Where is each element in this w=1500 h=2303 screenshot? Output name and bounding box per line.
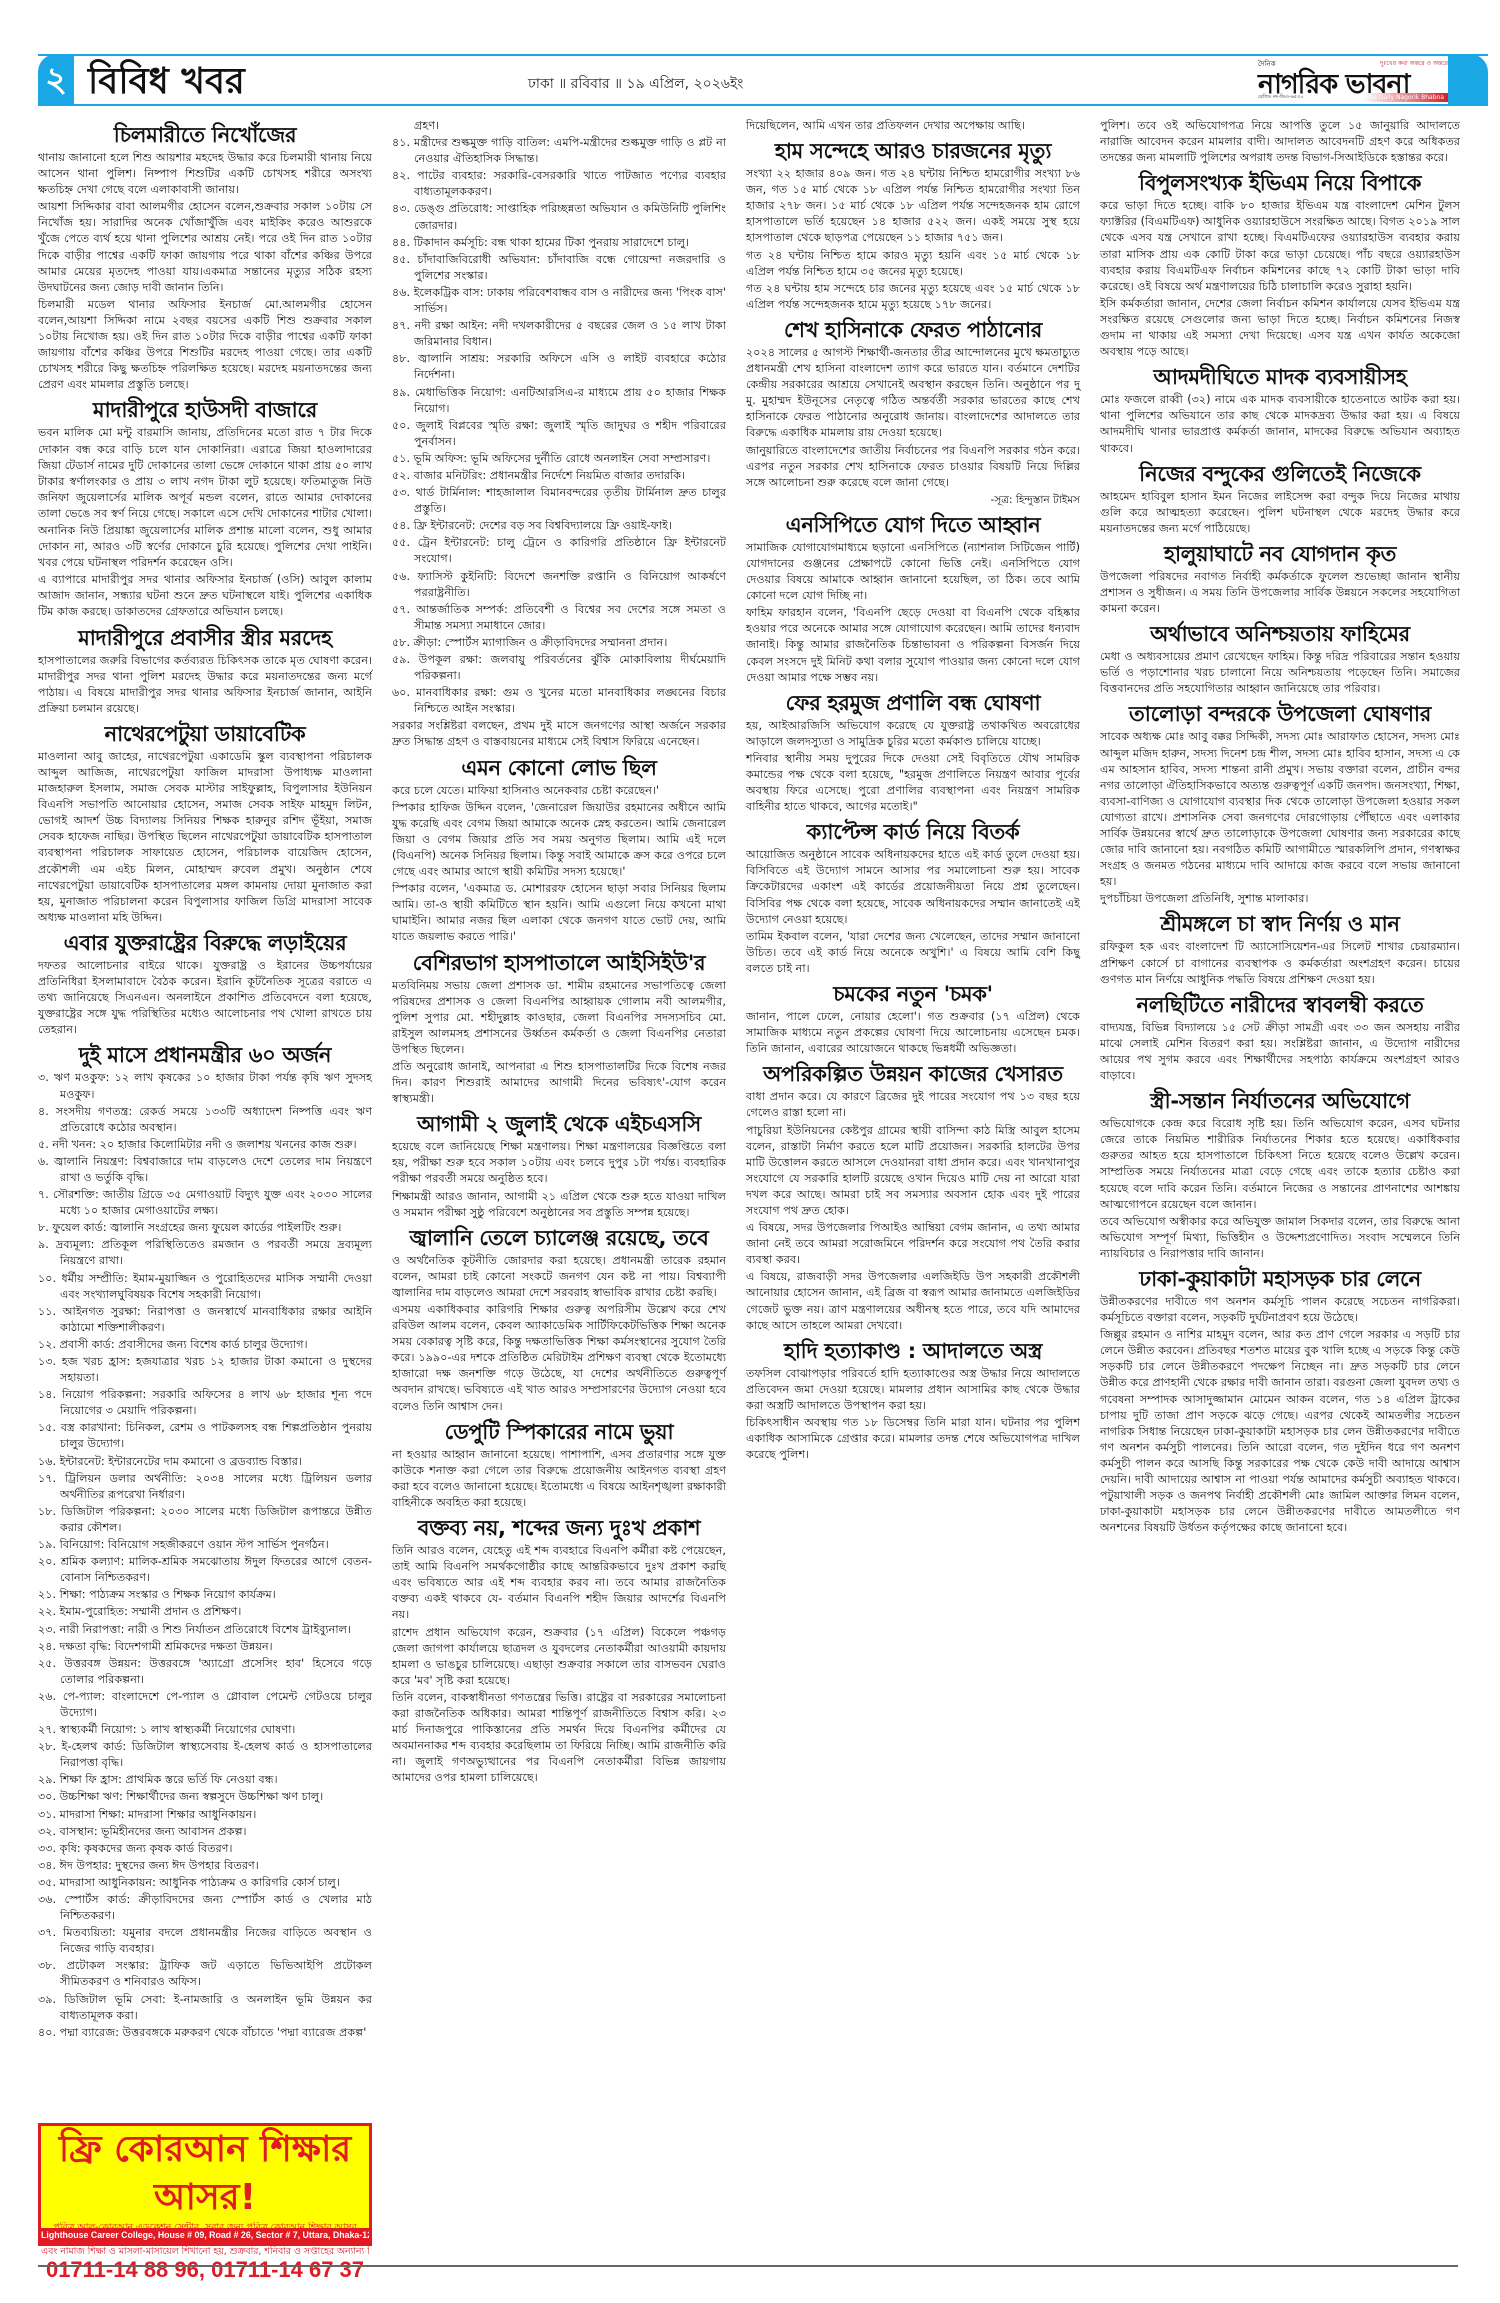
article-paragraph: চিলমারী মডেল থানার অফিসার ইনচার্জ মো.আলম… (38, 297, 372, 394)
headline: মাদারীপুরে প্রবাসীর স্ত্রীর মরদেহ (38, 624, 372, 652)
article-paragraph: প্রতি অনুরোধ জানাই, আপনারা এ শিশু হাসপাত… (392, 1059, 726, 1107)
headline: চিলমারীতে নিখোঁজের (38, 121, 372, 149)
page-number: ২ (38, 54, 74, 106)
headline: ক্যাপ্টেন্স কার্ড নিয়ে বিতর্ক (746, 818, 1080, 846)
article-paragraph: এসময় একাধিকবার কারিগরি শিক্ষার গুরুত্ব … (392, 1302, 726, 1415)
article-paragraph: সংখ্যা ২২ হাজার ৪০৯ জন। গত ২৪ ঘন্টায় নি… (746, 166, 1080, 246)
list-item: ৩১. মাদরাসা শিক্ষা: মাদরাসা শিক্ষার আধুন… (38, 1807, 372, 1823)
article-paragraph: জানুয়ারিতে বাংলাদেশের জাতীয় নির্বাচনের… (746, 443, 1080, 491)
list-item: ৭. সৌরশক্তি: জাতীয় গ্রিডে ৩৫ মেগাওয়াট … (38, 1187, 372, 1219)
headline: বিপুলসংখ্যক ইভিএম নিয়ে বিপাকে (1100, 169, 1460, 197)
headline: এমন কোনো লোভ ছিল (392, 754, 726, 782)
masthead: ২ বিবিধ খবর ঢাকা ॥ রবিবার ॥ ১৯ এপ্রিল, ২… (38, 54, 1488, 106)
article-paragraph: উপজেলা পরিষদের নবাগত নির্বাহী কর্মকর্তাক… (1100, 569, 1460, 617)
list-item: ৮. ফুয়েল কার্ড: জ্বালানি সংগ্রহের জন্য … (38, 1220, 372, 1236)
article-paragraph: আয়োজিত অনুষ্ঠানে সাবেক অধিনায়কদের হাতে… (746, 847, 1080, 927)
article-paragraph: পুলিশ। তবে ওই অভিযোগপত্র নিয়ে আপত্তি তু… (1100, 118, 1460, 166)
article-paragraph: মাওলানা আবু জাহের, নাথেরপেটুয়া একাডেমি … (38, 749, 372, 926)
headline: হাদি হত্যাকাণ্ড : আদালতে অস্ত্র (746, 1337, 1080, 1365)
list-item: ৩৭. মিতব্যয়িতা: যমুনার বদলে প্রধানমন্ত্… (38, 1925, 372, 1957)
advertisement-quran-education: ফ্রি কোরআন শিক্ষার আসর! পবিত্র আল-কোরআন … (38, 2123, 372, 2246)
list-item: ১৫. বস্ত্র কারখানা: চিনিকল, রেশম ও পাটকল… (38, 1420, 372, 1452)
list-item: ৫২. বাজার মনিটরিং: প্রধানমন্ত্রীর নির্দে… (392, 468, 726, 484)
article-paragraph: আহমেদ হাবিবুল হাসান ইমন নিজের লাইসেন্স ক… (1100, 489, 1460, 537)
logo-english: The Daily Nagorik Bhabna (1362, 93, 1448, 102)
list-item: ৬০. মানবাধিকার রক্ষা: গুম ও খুনের মতো মা… (392, 685, 726, 717)
list-item: ১৯. বিনিয়োগ: বিনিয়োগ সহজীকরণে ওয়ান স্… (38, 1537, 372, 1553)
article-paragraph: সামাজিক যোগাযোগমাধ্যমে ছড়ানো এনসিপিতে (… (746, 540, 1080, 604)
headline: শেখ হাসিনাকে ফেরত পাঠানোর (746, 316, 1080, 344)
article-paragraph: পাচুরিয়া ইউনিয়নের কেষ্টপুর গ্রামের স্থ… (746, 1123, 1080, 1220)
list-item: ১২. প্রবাসী কার্ড: প্রবাসীদের জন্য বিশেষ… (38, 1337, 372, 1353)
headline: অর্থাভাবে অনিশ্চয়তায় ফাহিমের (1100, 620, 1460, 648)
list-item: ৪. সংসদীয় গণতন্ত্র: রেকর্ড সময়ে ১৩৩টি … (38, 1104, 372, 1136)
article-paragraph: করে চলে যেতে। মাফিয়া হাসিনাও অনেকবার চে… (392, 783, 726, 799)
list-item: ৫৪. ফ্রি ইন্টারনেট: দেশের বড় সব বিশ্ববি… (392, 518, 726, 534)
article-paragraph: বাদ্যযন্ত্র, বিভিন্ন বিদ্যালয়ে ১৫ সেট ক… (1100, 1020, 1460, 1084)
column-4: পুলিশ। তবে ওই অভিযোগপত্র নিয়ে আপত্তি তু… (1100, 118, 1460, 1537)
list-item: ৩৮. প্রটোকল সংস্কার: ট্রাফিক জট এড়াতে ভ… (38, 1958, 372, 1990)
list-item: ১৪. নিয়োগ পরিকল্পনা: সরকারি অফিসের ৪ লা… (38, 1387, 372, 1419)
list-item: ৩৪. ঈদ উপহার: দুস্থদের জন্য ঈদ উপহার বিত… (38, 1858, 372, 1874)
article-paragraph: এ বিষয়ে, রাজবাড়ী সদর উপজেলার এলজিইডি উ… (746, 1269, 1080, 1333)
headline: ফের হরমুজ প্রণালি বন্ধ ঘোষণা (746, 689, 1080, 717)
headline: জ্বালানি তেলে চ্যালেঞ্জ রয়েছে, তবে (392, 1224, 726, 1252)
masthead-tab-decoration (1448, 54, 1488, 106)
bottom-divider (38, 2265, 1458, 2267)
list-item: ৪২. পাটের ব্যবহার: সরকারি-বেসরকারি খাতে … (392, 168, 726, 200)
list-item: ৩৫. মাদরাসা আধুনিকায়ন: আধুনিক পাঠ্যক্রম… (38, 1875, 372, 1891)
article-paragraph: তফসিল বোঝাপড়ার পরিবর্তে হাদি হত্যাকাণ্ড… (746, 1366, 1080, 1414)
ad-title: ফ্রি কোরআন শিক্ষার আসর! (41, 2126, 369, 2222)
article-paragraph: দফতর আলোচনার বাইরে থাকে। যুক্তরাষ্ট্র ও … (38, 958, 372, 1038)
article-paragraph: হয়েছে বলে জানিয়েছে শিক্ষা মন্ত্রণালয়।… (392, 1139, 726, 1187)
source-credit: -সূত্র: হিন্দুস্তান টাইমস (746, 492, 1080, 508)
headline: স্ত্রী-সন্তান নির্যাতনের অভিযোগে (1100, 1087, 1460, 1115)
headline: এবার যুক্তরাষ্ট্রের বিরুদ্ধে লড়াইয়ের (38, 929, 372, 957)
list-item: ৩. ঋণ মওকুফ: ১২ লাখ কৃষকের ১০ হাজার টাকা… (38, 1070, 372, 1102)
headline: বক্তব্য নয়, শব্দের জন্য দুঃখ প্রকাশ (392, 1514, 726, 1542)
list-item: ৩২. বাসস্থান: ভূমিহীনদের জন্য আবাসন প্রক… (38, 1824, 372, 1840)
headline: হাম সন্দেহে আরও চারজনের মৃত্যু (746, 137, 1080, 165)
article-paragraph: করে ভাড়া দিতে হচ্ছে। বাকি ৮০ হাজার ইভিএ… (1100, 198, 1460, 295)
article-paragraph: দিয়েছিলেন, আমি এখন তার প্রতিফলন দেখার অ… (746, 118, 1080, 134)
list-item: ১৮. ডিজিটাল পরিকল্পনা: ২০৩০ সালের মধ্যে … (38, 1504, 372, 1536)
list-item: ৯. দ্রব্যমূল্য: প্রতিকূল পরিস্থিতিতেও রম… (38, 1237, 372, 1269)
article-paragraph: মোঃ ফজলে রাব্বী (৩২) নামে এক মাদক ব্যবসা… (1100, 392, 1460, 456)
article-paragraph: জানান, পালে ঢেলে, নোয়ার হেলো'। গত শুক্র… (746, 1009, 1080, 1057)
column-1: চিলমারীতে নিখোঁজের থানায় জানানো হলে শিশ… (38, 118, 372, 2042)
list-item: ২৪. দক্ষতা বৃদ্ধি: বিদেশগামী শ্রমিকদের দ… (38, 1639, 372, 1655)
headline: নিজের বন্দুকের গুলিতেই নিজেকে (1100, 460, 1460, 488)
article-paragraph: রাশেদ প্রধান অভিযোগ করেন, শুক্রবার (১৭ এ… (392, 1625, 726, 1689)
logo-registration: রেজিঃ নং-ডিএ-৬৫৩০ (1258, 94, 1304, 102)
list-item: ৪০. পদ্মা ব্যারেজ: উত্তরবঙ্গকে মরুকরণ থে… (38, 2025, 372, 2041)
headline: এনসিপিতে যোগ দিতে আহ্বান (746, 511, 1080, 539)
article-paragraph: শনিবার স্থানীয় সময় দুপুরের দিকে দেওয়া… (746, 751, 1080, 815)
article-paragraph: আয়শা সিদ্দিকার বাবা আলমগীর হোসেন বলেন,শ… (38, 199, 372, 296)
logo-name: নাগরিক ভাবনা (1258, 64, 1409, 109)
article-paragraph: শিক্ষামন্ত্রী আরও জানান, আগামী ২১ এপ্রিল… (392, 1189, 726, 1221)
column-3: দিয়েছিলেন, আমি এখন তার প্রতিফলন দেখার অ… (746, 118, 1080, 1464)
headline: নাথেরপেটুয়া ডায়াবেটিক (38, 720, 372, 748)
list-item: ২৯. শিক্ষা ফি হ্রাস: প্রাথমিক স্তরে ভর্ত… (38, 1772, 372, 1788)
list-item: ২০. শ্রমিক কল্যাণ: মালিক-শ্রমিক সমঝোতায়… (38, 1554, 372, 1586)
achievements-list-continued: ৪১. মন্ত্রীদের শুল্কমুক্ত গাড়ি বাতিল: এ… (392, 135, 726, 717)
article-paragraph: গত ২৪ ঘন্টায় নিশ্চিত হামে কারও মৃত্যু হ… (746, 248, 1080, 280)
headline: আদমদীঘিতে মাদক ব্যবসায়ীসহ (1100, 363, 1460, 391)
article-paragraph: জিল্লুর রহমান ও নাশির মাহমুদ বলেন, আর কত… (1100, 1327, 1460, 1536)
article-paragraph: উন্নীতকরণের দাবীতে গণ অনশন কর্মসূচি পালন… (1100, 1294, 1460, 1326)
article-paragraph: হয়, আইআরজিসি অভিযোগ করেছে যে যুক্তরাষ্ট… (746, 718, 1080, 750)
dateline: ঢাকা ॥ রবিবার ॥ ১৯ এপ্রিল, ২০২৬ইং (528, 72, 743, 96)
list-item: ২৮. ই-হেলথ কার্ড: ডিজিটাল স্বাস্থ্যসেবায… (38, 1739, 372, 1771)
list-item: ৪৩. ডেঙ্গু প্রতিরোধ: সাপ্তাহিক পরিচ্ছন্ন… (392, 201, 726, 233)
list-item: ৫১. ভূমি অফিস: ভূমি অফিসের দুর্নীতি রোধে… (392, 451, 726, 467)
list-item: ১৬. ইন্টারনেট: ইন্টারনেটের দাম কমানো ও ব… (38, 1454, 372, 1470)
article-paragraph: ২০২৪ সালের ৫ আগস্ট শিক্ষার্থী-জনতার তীব্… (746, 345, 1080, 442)
headline: বেশিরভাগ হাসপাতালে আইসিইউ'র (392, 949, 726, 977)
list-item: ৫০. জুলাই বিপ্লবের স্মৃতি রক্ষা: জুলাই স… (392, 418, 726, 450)
list-item: ৫৩. থার্ড টার্মিনাল: শাহজালাল বিমানবন্দর… (392, 485, 726, 517)
article-paragraph: স্পিকার হাফিজ উদ্দিন বলেন, 'জেনারেল জিয়… (392, 800, 726, 880)
list-item: ১০. ধর্মীয় সম্প্রীতি: ইমাম-মুয়াজ্জিন ও… (38, 1271, 372, 1303)
list-item: ৪১. মন্ত্রীদের শুল্কমুক্ত গাড়ি বাতিল: এ… (392, 135, 726, 167)
list-item: ৬. জ্বালানি নিয়ন্ত্রণ: বিশ্ববাজারে দাম … (38, 1154, 372, 1186)
headline: দুই মাসে প্রধানমন্ত্রীর ৬০ অর্জন (38, 1041, 372, 1069)
headline: চমকের নতুন 'চমক' (746, 980, 1080, 1008)
list-item: ৫৯. উপকূল রক্ষা: জলবায়ু পরিবর্তনের ঝুঁক… (392, 652, 726, 684)
column-2: গ্রহণ। ৪১. মন্ত্রীদের শুল্কমুক্ত গাড়ি ব… (392, 118, 726, 1787)
article-paragraph: সাবেক অধ্যক্ষ মোঃ আবু বক্কর সিদ্দিকী, সদ… (1100, 729, 1460, 890)
article-paragraph: তামিম ইকবাল বলেন, 'যারা দেশের জন্য খেলেছ… (746, 929, 1080, 977)
article-paragraph: স্পিকার বলেন, 'একমাত্র ড. মোশাররফ হোসেন … (392, 881, 726, 945)
headline: ঢাকা-কুয়াকাটা মহাসড়ক চার লেনে (1100, 1265, 1460, 1293)
article-paragraph: মতবিনিময় সভায় জেলা প্রশাসক ডা. শামীম র… (392, 978, 726, 1058)
list-item: ৪৯. মেধাভিত্তিক নিয়োগ: এনটিআরসিএ-র মাধ্… (392, 385, 726, 417)
article-paragraph: বাধা প্রদান করে। যে কারণে ব্রিজের দুই পা… (746, 1089, 1080, 1121)
list-item: ৫৫. ট্রেন ইন্টারনেট: চালু ট্রেনে ও কারিগ… (392, 535, 726, 567)
newspaper-logo: দৈনিক দুঃখের কথা অন্তরে ও অন্তরে নাগরিক … (1258, 58, 1448, 104)
article-paragraph: গত ২৪ ঘন্টায় হাম সন্দেহে চার জনের মৃত্য… (746, 281, 1080, 313)
ad-phone-numbers: 01711-14 88 96, 01711-14 67 37 (41, 2258, 369, 2282)
article-paragraph: হাসপাতালের জরুরি বিভাগের কর্তব্যরত চিকিৎ… (38, 653, 372, 717)
article-paragraph: এ ব্যাপারে মাদারীপুর সদর থানার অফিসার ইন… (38, 572, 372, 620)
list-item: ৪৪. টিকাদান কর্মসূচি: বন্ধ থাকা হামের টি… (392, 235, 726, 251)
article-paragraph: থানায় জানানো হলে শিশু আয়শার মহদেহ উদ্ধ… (38, 150, 372, 198)
list-item: ৫৬. ফ্যাসিস্ট কুইনিটি: বিদেশে জনশক্তি রপ… (392, 569, 726, 601)
article-paragraph: অভিযোগকে কেন্দ্র করে বিরোধ সৃষ্টি হয়। ত… (1100, 1116, 1460, 1213)
list-item: ৪৮. জ্বালানি সাশ্রয়: সরকারি অফিসে এসি ও… (392, 351, 726, 383)
headline: শ্রীমঙ্গলে চা স্বাদ নির্ণয় ও মান (1100, 910, 1460, 938)
list-item: ৫. নদী খনন: ২০ হাজার কিলোমিটার নদী ও জলা… (38, 1137, 372, 1153)
section-title: বিবিধ খবর (88, 58, 245, 104)
article-paragraph: তিনি আরও বলেন, যেহেতু এই শব্দ ব্যবহারে ব… (392, 1543, 726, 1623)
article-paragraph: অনানিক নিউ প্রিয়াঙ্কা জুয়েলার্সের মালি… (38, 523, 372, 571)
list-item: ২৩. নারী নিরাপত্তা: নারী ও শিশু নির্যাতন… (38, 1622, 372, 1638)
article-paragraph: তবে অভিযোগ অস্বীকার করে অভিযুক্ত জামাল স… (1100, 1214, 1460, 1262)
list-item: ১৩. হজ খরচ হ্রাস: হজযাত্রার খরচ ১২ হাজার… (38, 1354, 372, 1386)
headline: আগামী ২ জুলাই থেকে এইচএসসি (392, 1110, 726, 1138)
list-item: ২২. ইমাম-পুরোহিত: সম্মানী প্রদান ও প্রশি… (38, 1604, 372, 1620)
article-paragraph: তিনি বলেন, বাকস্বাধীনতা গণতন্ত্রের ভিত্ত… (392, 1690, 726, 1787)
headline: তালোড়া বন্দরকে উপজেলা ঘোষণার (1100, 700, 1460, 728)
list-item: ১১. আইনগত সুরক্ষা: নিরাপত্তা ও জনস্বার্থ… (38, 1304, 372, 1336)
list-item: ১৭. ট্রিলিয়ন ডলার অর্থনীতি: ২০৩৪ সালের … (38, 1471, 372, 1503)
list-item: ২৫. উত্তরবঙ্গ উন্নয়ন: উত্তরবঙ্গে 'অ্যাগ… (38, 1656, 372, 1688)
list-item: ২১. শিক্ষা: পাঠ্যক্রম সংস্কার ও শিক্ষক ন… (38, 1587, 372, 1603)
article-paragraph: সরকার সংশ্লিষ্টরা বলছেন, প্রথম দুই মাসে … (392, 718, 726, 750)
article-paragraph: দুপচাঁচিয়া উপজেলা প্রতিনিধি, সুশান্ত মা… (1100, 891, 1460, 907)
article-paragraph: ইসি কর্মকর্তারা জানান, দেশের জেলা নির্বা… (1100, 296, 1460, 360)
list-item: ৩৬. স্পোর্টস কার্ড: ক্রীড়াবিদদের জন্য স… (38, 1892, 372, 1924)
list-item: ৪৬. ইলেকট্রিক বাস: ঢাকায় পরিবেশবান্ধব ব… (392, 285, 726, 317)
headline: মাদারীপুরে হাউসদী বাজারে (38, 396, 372, 424)
article-paragraph: গ্রহণ। (392, 118, 726, 134)
list-item: ৩৯. ডিজিটাল ভূমি সেবা: ই-নামজারি ও অনলাই… (38, 1992, 372, 2024)
list-item: ৩৩. কৃষি: কৃষকদের জন্য কৃষক কার্ড বিতরণ। (38, 1841, 372, 1857)
headline: অপরিকল্পিত উন্নয়ন কাজের খেসারত (746, 1060, 1080, 1088)
list-item: ৫৮. ক্রীড়া: স্পোর্টস ম্যাগাজিন ও ক্রীড়… (392, 635, 726, 651)
list-item: ৫৭. আন্তর্জাতিক সম্পর্ক: প্রতিবেশী ও বিশ… (392, 602, 726, 634)
article-paragraph: না হওয়ার আহ্বান জানানো হয়েছে। পাশাপাশি… (392, 1447, 726, 1511)
achievements-list: ৩. ঋণ মওকুফ: ১২ লাখ কৃষকের ১০ হাজার টাকা… (38, 1070, 372, 2040)
headline: নলছিটিতে নারীদের স্বাবলম্বী করতে (1100, 991, 1460, 1019)
article-paragraph: রফিকুল হক এবং বাংলাদেশ টি অ্যাসোসিয়েশন-… (1100, 939, 1460, 987)
list-item: ২৬. পে-প্যাল: বাংলাদেশে পে-প্যাল ও গ্লোব… (38, 1689, 372, 1721)
list-item: ৩০. উচ্চশিক্ষা ঋণ: শিক্ষার্থীদের জন্য স্… (38, 1789, 372, 1805)
article-paragraph: চিকিৎসাধীন অবস্থায় গত ১৮ ডিসেম্বর তিনি … (746, 1415, 1080, 1463)
ad-address: Lighthouse Career College, House # 09, R… (41, 2228, 369, 2243)
article-paragraph: ভবন মালিক মো মন্টু বারমাসি জানায়, প্রতি… (38, 425, 372, 522)
article-paragraph: ও অর্থনৈতিক কূটনীতি জোরদার করা হয়েছে। প… (392, 1253, 726, 1301)
list-item: ৪৭. নদী রক্ষা আইন: নদী দখলকারীদের ৫ বছরে… (392, 318, 726, 350)
list-item: ৪৫. চাঁদাবাজিবিরোধী অভিযান: চাঁদাবাজি বন… (392, 252, 726, 284)
article-paragraph: এ বিষয়ে, সদর উপজেলার পিআইও আম্বিয়া বেগ… (746, 1220, 1080, 1268)
headline: হালুয়াঘাটে নব যোগদান কৃত (1100, 540, 1460, 568)
list-item: ২৭. স্বাস্থ্যকর্মী নিয়োগ: ১ লাখ স্বাস্থ… (38, 1722, 372, 1738)
article-paragraph: মেধা ও অধ্যবসায়ের প্রমাণ রেখেছেন ফাহিম।… (1100, 649, 1460, 697)
article-paragraph: ফাহিম ফারহান বলেন, 'বিএনপি ছেড়ে দেওয়া … (746, 605, 1080, 685)
headline: ডেপুটি স্পিকারের নামে ভুয়া (392, 1418, 726, 1446)
